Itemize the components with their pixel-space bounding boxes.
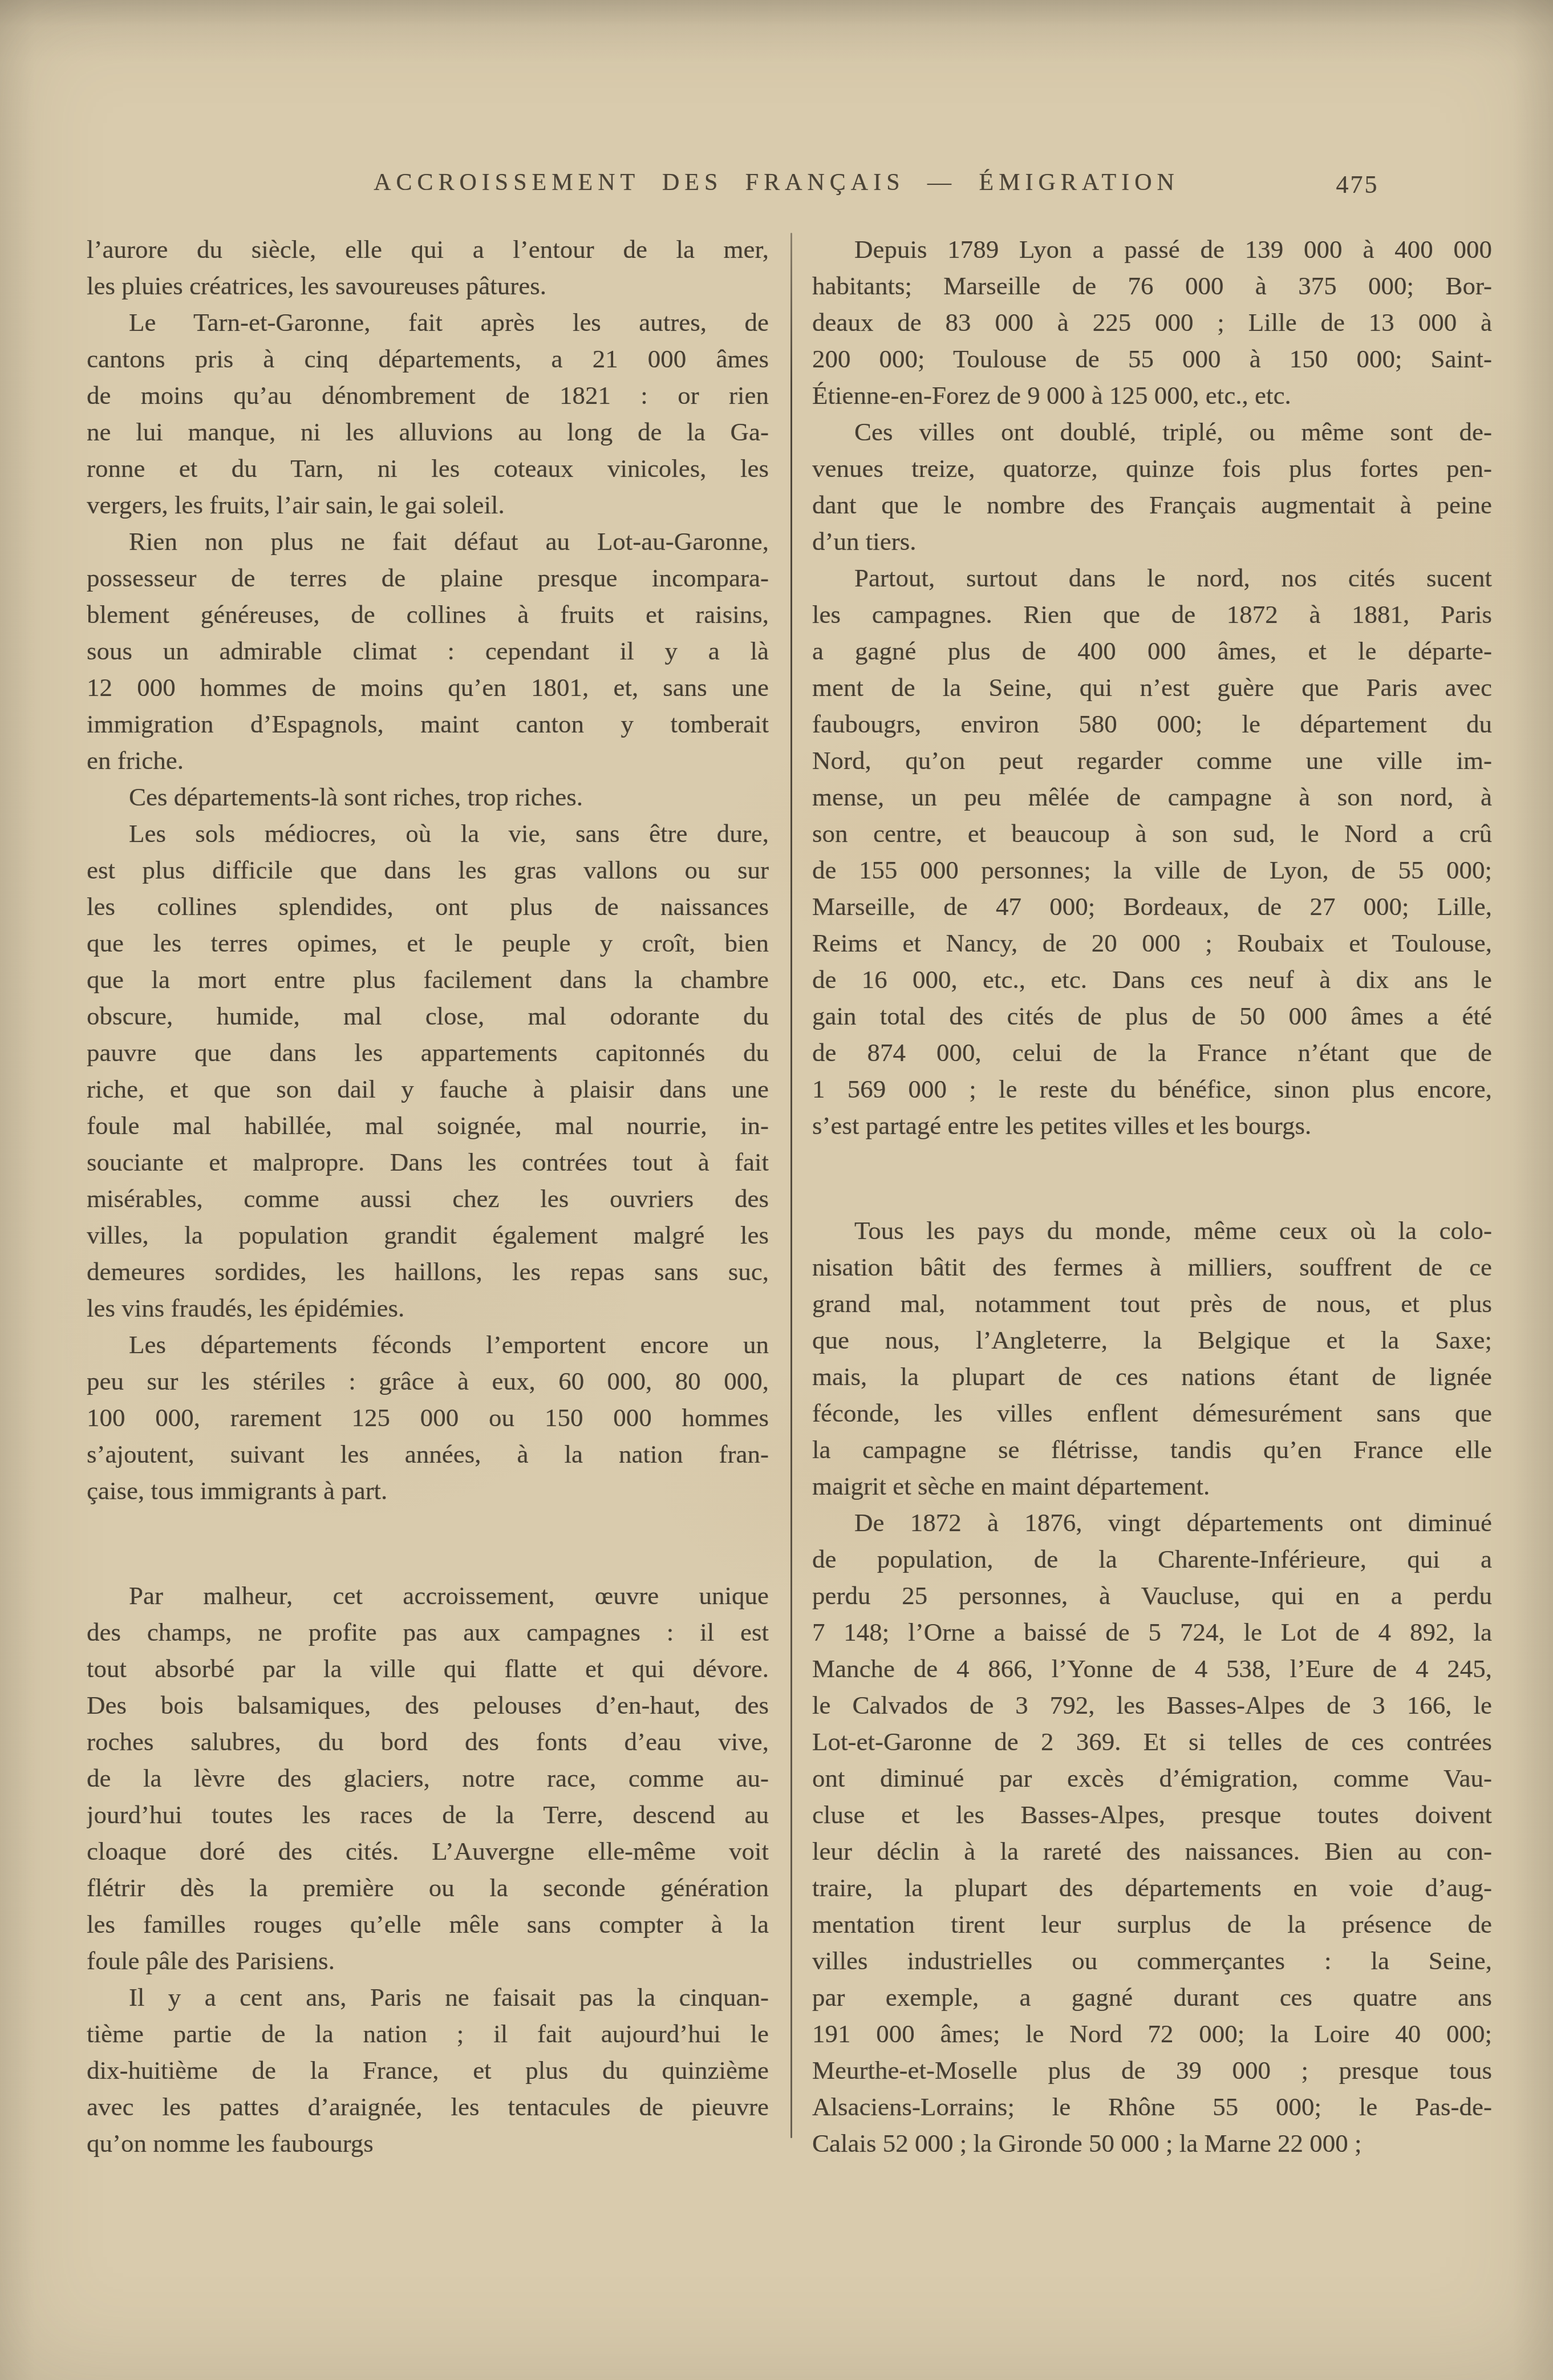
text-line: souciante et malpropre. Dans les contrée… (87, 1144, 769, 1180)
text-line: villes industrielles ou commerçantes : l… (812, 1942, 1492, 1979)
text-line: que la mort entre plus facilement dans l… (87, 961, 769, 998)
text-line: Rien non plus ne fait défaut au Lot-au-G… (87, 523, 769, 560)
text-line: traire, la plupart des départements en v… (812, 1869, 1492, 1906)
text-line: ment de la Seine, qui n’est guère que Pa… (812, 669, 1492, 706)
text-line: cloaque doré des cités. L’Auvergne elle-… (87, 1833, 769, 1869)
text-line: nisation bâtit des fermes à milliers, so… (812, 1249, 1492, 1285)
text-line: tout absorbé par la ville qui flatte et … (87, 1650, 769, 1687)
text-line: d’un tiers. (812, 523, 1492, 560)
paragraph: Tous les pays du monde, même ceux où la … (812, 1212, 1492, 1504)
text-line: avec les pattes d’araignée, les tentacul… (87, 2088, 769, 2125)
text-line: Tous les pays du monde, même ceux où la … (812, 1212, 1492, 1249)
text-line: s’ajoutent, suivant les années, à la nat… (87, 1436, 769, 1472)
text-line: Lot-et-Garonne de 2 369. Et si telles de… (812, 1723, 1492, 1760)
text-line: peu sur les stériles : grâce à eux, 60 0… (87, 1363, 769, 1399)
text-line: les pluies créatrices, les savoureuses p… (87, 268, 769, 304)
text-line: des champs, ne profite pas aux campagnes… (87, 1614, 769, 1650)
text-line: ronne et du Tarn, ni les coteaux vinicol… (87, 450, 769, 487)
text-line: immigration d’Espagnols, maint canton y … (87, 706, 769, 742)
text-line: que nous, l’Angleterre, la Belgique et l… (812, 1322, 1492, 1358)
right-text-column: Depuis 1789 Lyon a passé de 139 000 à 40… (812, 231, 1492, 2162)
column-divider-rule (790, 233, 792, 2138)
text-line: roches salubres, du bord des fonts d’eau… (87, 1723, 769, 1760)
text-line: De 1872 à 1876, vingt départements ont d… (812, 1504, 1492, 1541)
page-number: 475 (1320, 170, 1394, 204)
text-line: 191 000 âmes; le Nord 72 000; la Loire 4… (812, 2015, 1492, 2052)
text-line: misérables, comme aussi chez les ouvrier… (87, 1180, 769, 1217)
text-line: tième partie de la nation ; il fait aujo… (87, 2015, 769, 2052)
paragraph: Depuis 1789 Lyon a passé de 139 000 à 40… (812, 231, 1492, 414)
text-line: mense, un peu mêlée de campagne à son no… (812, 779, 1492, 815)
left-text-column: l’aurore du siècle, elle qui a l’entour … (87, 231, 769, 2162)
text-line: Des bois balsamiques, des pelouses d’en-… (87, 1687, 769, 1723)
paragraph: Les départements féconds l’emportent enc… (87, 1326, 769, 1509)
text-line: Les départements féconds l’emportent enc… (87, 1326, 769, 1363)
text-line: dant que le nombre des Français augmenta… (812, 487, 1492, 523)
text-line: gain total des cités de plus de 50 000 â… (812, 998, 1492, 1034)
text-line: Partout, surtout dans le nord, nos cités… (812, 560, 1492, 596)
text-line: les familles rouges qu’elle mêle sans co… (87, 1906, 769, 1942)
paragraph: Il y a cent ans, Paris ne faisait pas la… (87, 1979, 769, 2162)
text-line: Nord, qu’on peut regarder comme une vill… (812, 742, 1492, 779)
text-line: Étienne-en-Forez de 9 000 à 125 000, etc… (812, 377, 1492, 414)
text-line: çaise, tous immigrants à part. (87, 1472, 769, 1509)
paragraph: Par malheur, cet accroissement, œuvre un… (87, 1577, 769, 1979)
text-line: a gagné plus de 400 000 âmes, et le dépa… (812, 633, 1492, 669)
text-line: Alsaciens-Lorrains; le Rhône 55 000; le … (812, 2088, 1492, 2125)
text-line: villes, la population grandit également … (87, 1217, 769, 1253)
text-line: Meurthe-et-Moselle plus de 39 000 ; pres… (812, 2052, 1492, 2088)
paragraph: Ces villes ont doublé, triplé, ou même s… (812, 414, 1492, 560)
text-line: de moins qu’au dénombrement de 1821 : or… (87, 377, 769, 414)
text-line: dix-huitième de la France, et plus du qu… (87, 2052, 769, 2088)
text-line: 200 000; Toulouse de 55 000 à 150 000; S… (812, 341, 1492, 377)
text-line: foule mal habillée, mal soignée, mal nou… (87, 1107, 769, 1144)
text-line: Par malheur, cet accroissement, œuvre un… (87, 1577, 769, 1614)
text-line: habitants; Marseille de 76 000 à 375 000… (812, 268, 1492, 304)
paragraph: Le Tarn-et-Garonne, fait après les autre… (87, 304, 769, 523)
text-line: de 155 000 personnes; la ville de Lyon, … (812, 852, 1492, 888)
text-line: Calais 52 000 ; la Gironde 50 000 ; la M… (812, 2125, 1492, 2162)
scanned-book-page: ACCROISSEMENT DES FRANÇAIS — ÉMIGRATION … (0, 0, 1553, 2380)
text-line: grand mal, notamment tout près de nous, … (812, 1285, 1492, 1322)
text-line: vergers, les fruits, l’air sain, le gai … (87, 487, 769, 523)
text-line: mentation tirent leur surplus de la prés… (812, 1906, 1492, 1942)
text-line: ne lui manque, ni les alluvions au long … (87, 414, 769, 450)
text-line: jourd’hui toutes les races de la Terre, … (87, 1796, 769, 1833)
paragraph: l’aurore du siècle, elle qui a l’entour … (87, 231, 769, 304)
paragraph: Ces départements-là sont riches, trop ri… (87, 779, 769, 815)
text-line: qu’on nomme les faubourgs (87, 2125, 769, 2162)
text-line: blement généreuses, de collines à fruits… (87, 596, 769, 633)
paragraph: Rien non plus ne fait défaut au Lot-au-G… (87, 523, 769, 779)
text-line: le Calvados de 3 792, les Basses-Alpes d… (812, 1687, 1492, 1723)
text-line: 7 148; l’Orne a baissé de 5 724, le Lot … (812, 1614, 1492, 1650)
text-line: foule pâle des Parisiens. (87, 1942, 769, 1979)
text-line: riche, et que son dail y fauche à plaisi… (87, 1071, 769, 1107)
text-line: la campagne se flétrisse, tandis qu’en F… (812, 1431, 1492, 1468)
text-line: ont diminué par excès d’émigration, comm… (812, 1760, 1492, 1796)
text-line: possesseur de terres de plaine presque i… (87, 560, 769, 596)
text-line: Reims et Nancy, de 20 000 ; Roubaix et T… (812, 925, 1492, 961)
text-line: l’aurore du siècle, elle qui a l’entour … (87, 231, 769, 268)
text-line: 12 000 hommes de moins qu’en 1801, et, s… (87, 669, 769, 706)
paragraph: De 1872 à 1876, vingt départements ont d… (812, 1504, 1492, 2162)
text-line: 1 569 000 ; le reste du bénéfice, sinon … (812, 1071, 1492, 1107)
text-line: flétrir dès la première ou la seconde gé… (87, 1869, 769, 1906)
text-line: Ces villes ont doublé, triplé, ou même s… (812, 414, 1492, 450)
text-line: en friche. (87, 742, 769, 779)
text-line: obscure, humide, mal close, mal odorante… (87, 998, 769, 1034)
text-line: faubougrs, environ 580 000; le départeme… (812, 706, 1492, 742)
paragraph: Partout, surtout dans le nord, nos cités… (812, 560, 1492, 1144)
text-line: son centre, et beaucoup à son sud, le No… (812, 815, 1492, 852)
text-line: cantons pris à cinq départements, a 21 0… (87, 341, 769, 377)
text-line: féconde, les villes enflent démesurément… (812, 1395, 1492, 1431)
text-line: Le Tarn-et-Garonne, fait après les autre… (87, 304, 769, 341)
paragraph: Les sols médiocres, où la vie, sans être… (87, 815, 769, 1326)
text-line: leur déclin à la rareté des naissances. … (812, 1833, 1492, 1869)
text-line: Les sols médiocres, où la vie, sans être… (87, 815, 769, 852)
text-line: Ces départements-là sont riches, trop ri… (87, 779, 769, 815)
text-line: venues treize, quatorze, quinze fois plu… (812, 450, 1492, 487)
text-line: deaux de 83 000 à 225 000 ; Lille de 13 … (812, 304, 1492, 341)
text-line: les campagnes. Rien que de 1872 à 1881, … (812, 596, 1492, 633)
text-line: pauvre que dans les appartements capiton… (87, 1034, 769, 1071)
text-line: les collines splendides, ont plus de nai… (87, 888, 769, 925)
text-line: demeures sordides, les haillons, les rep… (87, 1253, 769, 1290)
text-line: de 16 000, etc., etc. Dans ces neuf à di… (812, 961, 1492, 998)
text-line: s’est partagé entre les petites villes e… (812, 1107, 1492, 1144)
text-line: cluse et les Basses-Alpes, presque toute… (812, 1796, 1492, 1833)
text-line: par exemple, a gagné durant ces quatre a… (812, 1979, 1492, 2015)
text-line: Marseille, de 47 000; Bordeaux, de 27 00… (812, 888, 1492, 925)
text-line: de population, de la Charente-Inférieure… (812, 1541, 1492, 1577)
text-line: perdu 25 personnes, à Vaucluse, qui en a… (812, 1577, 1492, 1614)
text-line: Il y a cent ans, Paris ne faisait pas la… (87, 1979, 769, 2015)
text-line: les vins fraudés, les épidémies. (87, 1290, 769, 1326)
text-line: que les terres opimes, et le peuple y cr… (87, 925, 769, 961)
text-line: 100 000, rarement 125 000 ou 150 000 hom… (87, 1399, 769, 1436)
text-line: de la lèvre des glaciers, notre race, co… (87, 1760, 769, 1796)
text-line: Depuis 1789 Lyon a passé de 139 000 à 40… (812, 231, 1492, 268)
text-line: mais, la plupart de ces nations étant de… (812, 1358, 1492, 1395)
text-line: de 874 000, celui de la France n’étant q… (812, 1034, 1492, 1071)
text-line: maigrit et sèche en maint département. (812, 1468, 1492, 1504)
text-line: est plus difficile que dans les gras val… (87, 852, 769, 888)
text-line: sous un admirable climat : cependant il … (87, 633, 769, 669)
text-line: Manche de 4 866, l’Yonne de 4 538, l’Eur… (812, 1650, 1492, 1687)
